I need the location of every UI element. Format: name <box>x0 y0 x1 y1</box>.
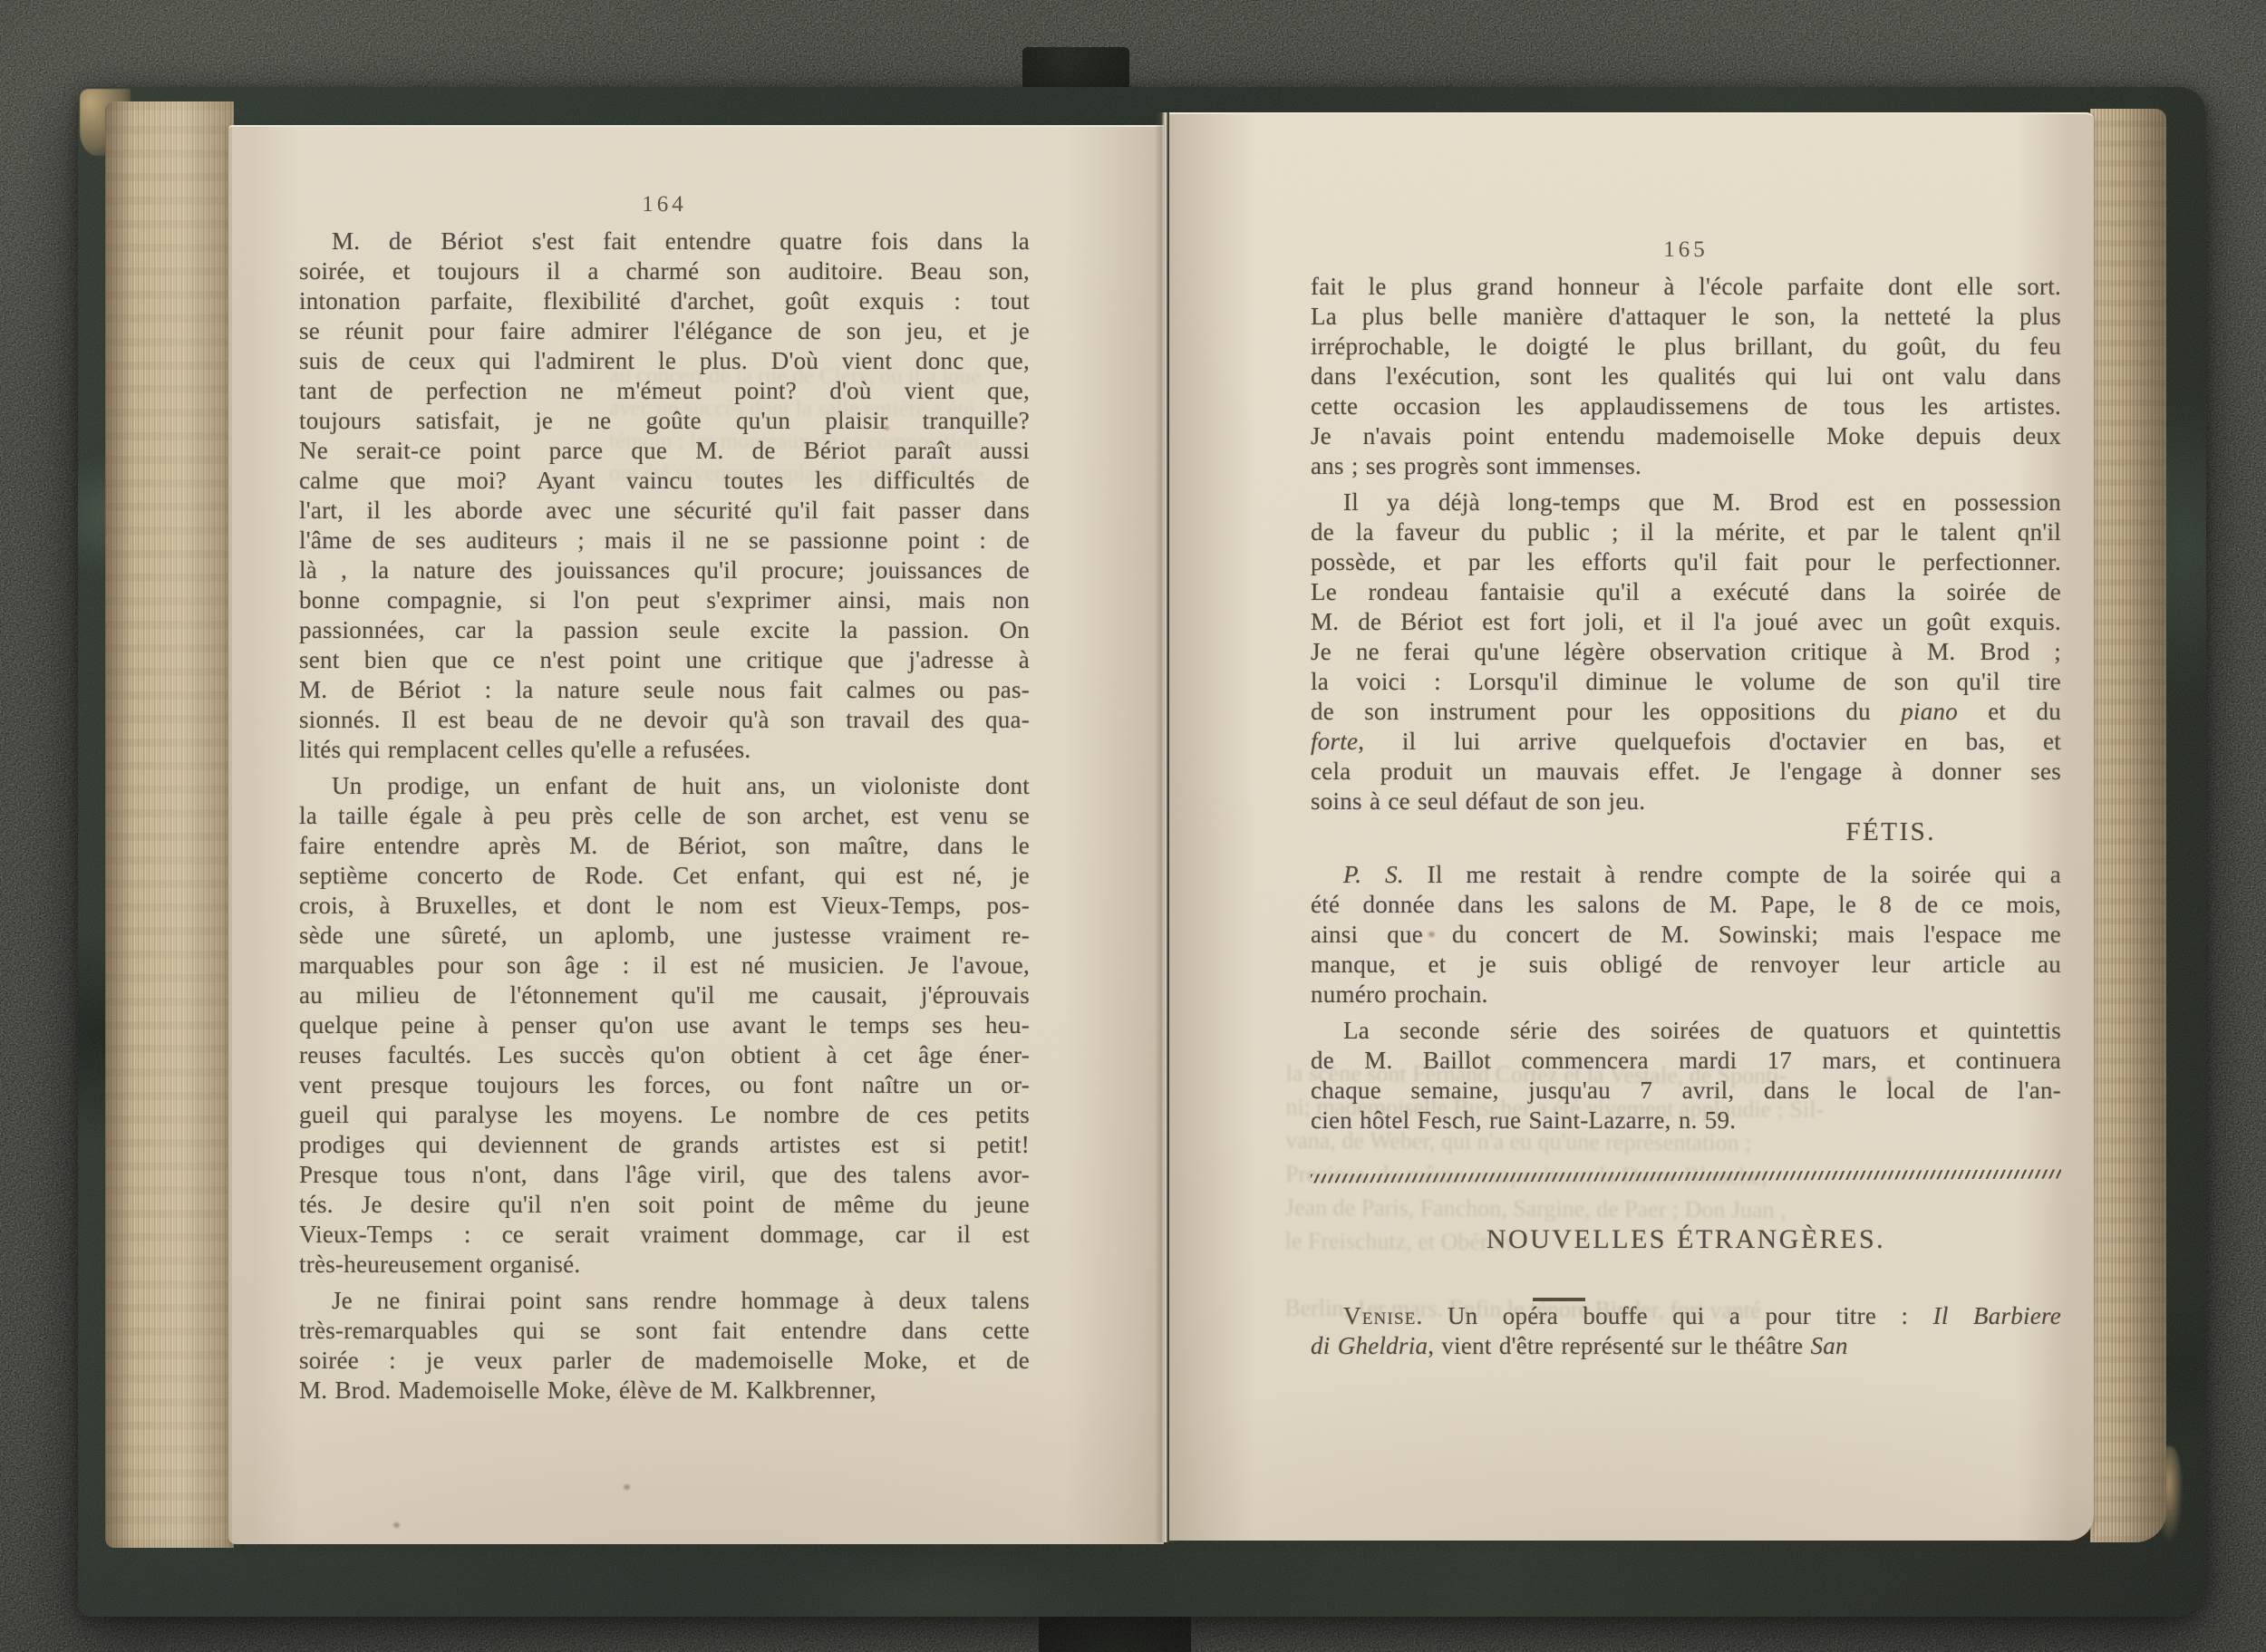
text-line: sent bien que ce n'est point une critiqu… <box>299 645 1030 675</box>
paper-speck <box>1887 1077 1892 1081</box>
left-page: au concert de la rue de Cléry, où il a j… <box>228 125 1164 1544</box>
page-edges-right <box>2090 109 2166 1542</box>
photo-of-open-book: au concert de la rue de Cléry, où il a j… <box>0 0 2266 1652</box>
text-line: soirée : je veux parler de mademoiselle … <box>299 1346 1030 1376</box>
text-line: Ne serait-ce point parce que M. de Bério… <box>299 436 1030 466</box>
text-line: possède, et par les efforts qu'il fait p… <box>1311 547 2061 577</box>
text-line: cette occasion les applaudissemens de to… <box>1311 391 2061 421</box>
text-line: M. Brod. Mademoiselle Moke, élève de M. … <box>299 1376 1030 1406</box>
text-line: calme que moi? Ayant vaincu toutes les d… <box>299 466 1030 496</box>
text-line: intonation parfaite, flexibilité d'arche… <box>299 286 1030 316</box>
text-line: de M. Baillot commencera mardi 17 mars, … <box>1311 1046 2061 1076</box>
text-line: très-remarquables qui se sont fait enten… <box>299 1316 1030 1346</box>
paragraph: Un prodige, un enfant de huit ans, un vi… <box>299 771 1030 1280</box>
text-line: La plus belle manière d'attaquer le son,… <box>1311 302 2061 332</box>
paragraph: Venise. Un opéra bouffe qui a pour titre… <box>1311 1301 2061 1361</box>
text-line: vent presque toujours les forces, ou fon… <box>299 1070 1030 1100</box>
text-line: Un prodige, un enfant de huit ans, un vi… <box>299 771 1030 801</box>
text-line: ainsi que du concert de M. Sowinski; mai… <box>1311 920 2061 950</box>
left-page-number: 164 <box>299 192 1030 217</box>
right-page-text: fait le plus grand honneur à l'école par… <box>1311 272 2061 1361</box>
page-edges-left <box>105 101 234 1548</box>
text-line: l'âme de ses auditeurs ; mais il ne se p… <box>299 526 1030 555</box>
squiggle-rule <box>1311 1169 2061 1183</box>
text-line: marquables pour son âge : il est né musi… <box>299 951 1030 981</box>
text-line: Le rondeau fantaisie qu'il a exécuté dan… <box>1311 577 2061 607</box>
text-line: cien hôtel Fesch, rue Saint-Lazarre, n. … <box>1311 1106 2061 1135</box>
text-line: été donnée dans les salons de M. Pape, l… <box>1311 890 2061 920</box>
right-page-number: 165 <box>1311 237 2061 263</box>
text-line: Vieux-Temps : ce serait vraiment dommage… <box>299 1220 1030 1250</box>
text-line: de son instrument pour les oppositions d… <box>1311 697 2061 727</box>
text-line: la voici : Lorsqu'il diminue le volume d… <box>1311 667 2061 697</box>
paper-speck <box>624 1484 630 1490</box>
text-line: passionnées, car la passion seule excite… <box>299 615 1030 645</box>
signature-fetis: FÉTIS. <box>1311 817 2061 847</box>
text-line: septième concerto de Rode. Cet enfant, q… <box>299 861 1030 891</box>
text-line: toujours satisfait, je ne goûte qu'un pl… <box>299 406 1030 436</box>
text-line: prodiges qui deviennent de grands artist… <box>299 1130 1030 1160</box>
paragraph: P. S. Il me restait à rendre compte de l… <box>1311 860 2061 1010</box>
text-line: fait le plus grand honneur à l'école par… <box>1311 272 2061 302</box>
text-line: Je ne finirai point sans rendre hommage … <box>299 1286 1030 1316</box>
text-line: de la faveur du public ; il la mérite, e… <box>1311 517 2061 547</box>
text-line: là , la nature des jouissances qu'il pro… <box>299 555 1030 585</box>
text-line: gueil qui paralyse les moyens. Le nombre… <box>299 1100 1030 1130</box>
paper-speck <box>885 426 889 430</box>
paragraph: Il ya déjà long-temps que M. Brod est en… <box>1311 488 2061 816</box>
text-line: se réunit pour faire admirer l'élégance … <box>299 316 1030 346</box>
text-line: bonne compagnie, si l'on peut s'exprimer… <box>299 585 1030 615</box>
text-line: manque, et je suis obligé de renvoyer le… <box>1311 950 2061 980</box>
text-line: faire entendre après M. de Bériot, son m… <box>299 831 1030 861</box>
section-heading: NOUVELLES ÉTRANGÈRES. <box>1311 1224 2061 1255</box>
text-line: numéro prochain. <box>1311 980 2061 1010</box>
text-line: suis de ceux qui l'admirent le plus. D'o… <box>299 346 1030 376</box>
paper-speck <box>1428 932 1435 937</box>
left-page-text: M. de Bériot s'est fait entendre quatre … <box>299 227 1030 1406</box>
text-line: reuses facultés. Les succès qu'on obtien… <box>299 1040 1030 1070</box>
paragraph: fait le plus grand honneur à l'école par… <box>1311 272 2061 481</box>
text-line: cela produit un mauvais effet. Je l'enga… <box>1311 757 2061 787</box>
text-line: La seconde série des soirées de quatuors… <box>1311 1016 2061 1046</box>
text-line: dans l'exécution, sont les qualités qui … <box>1311 362 2061 391</box>
text-line: crois, à Bruxelles, et dont le nom est V… <box>299 891 1030 921</box>
text-line: Il ya déjà long-temps que M. Brod est en… <box>1311 488 2061 517</box>
text-line: Je ne ferai qu'une légère observation cr… <box>1311 637 2061 667</box>
text-line: forte, il lui arrive quelquefois d'octav… <box>1311 727 2061 757</box>
text-line: lités qui remplacent celles qu'elle a re… <box>299 735 1030 765</box>
text-line: tés. Je desire qu'il n'en soit point de … <box>299 1190 1030 1220</box>
text-line: tant de perfection ne m'émeut point? d'o… <box>299 376 1030 406</box>
text-line: Presque tous n'ont, dans l'âge viril, qu… <box>299 1160 1030 1190</box>
text-line: M. de Bériot s'est fait entendre quatre … <box>299 227 1030 256</box>
text-line: Venise. Un opéra bouffe qui a pour titre… <box>1311 1301 2061 1331</box>
text-line: la taille égale à peu près celle de son … <box>299 801 1030 831</box>
paragraph: La seconde série des soirées de quatuors… <box>1311 1016 2061 1135</box>
paper-speck <box>393 1522 400 1528</box>
text-line: M. de Bériot est fort joli, et il l'a jo… <box>1311 607 2061 637</box>
text-line: soirée, et toujours il a charmé son audi… <box>299 256 1030 286</box>
text-line: M. de Bériot : la nature seule nous fait… <box>299 675 1030 705</box>
text-line: P. S. Il me restait à rendre compte de l… <box>1311 860 2061 890</box>
right-page: la scène sont Fernand Cortez et la Vesta… <box>1169 112 2094 1541</box>
text-line: sionnés. Il est beau de ne devoir qu'à s… <box>299 705 1030 735</box>
text-line: chaque semaine, jusqu'au 7 avril, dans l… <box>1311 1076 2061 1106</box>
paragraph: M. de Bériot s'est fait entendre quatre … <box>299 227 1030 765</box>
text-line: soins à ce seul défaut de son jeu. <box>1311 787 2061 816</box>
text-line: di Gheldria, vient d'être représenté sur… <box>1311 1331 2061 1361</box>
text-line: Je n'avais point entendu mademoiselle Mo… <box>1311 421 2061 451</box>
text-line: sède une sûreté, un aplomb, une justesse… <box>299 921 1030 951</box>
text-line: l'art, il les aborde avec une sécurité q… <box>299 496 1030 526</box>
text-line: quelque peine à penser qu'on use avant l… <box>299 1010 1030 1040</box>
text-line: irréprochable, le doigté le plus brillan… <box>1311 332 2061 362</box>
text-line: très-heureusement organisé. <box>299 1250 1030 1280</box>
text-line: au milieu de l'étonnement qu'il me causa… <box>299 981 1030 1010</box>
paragraph: Je ne finirai point sans rendre hommage … <box>299 1286 1030 1406</box>
text-line: ans ; ses progrès sont immenses. <box>1311 451 2061 481</box>
